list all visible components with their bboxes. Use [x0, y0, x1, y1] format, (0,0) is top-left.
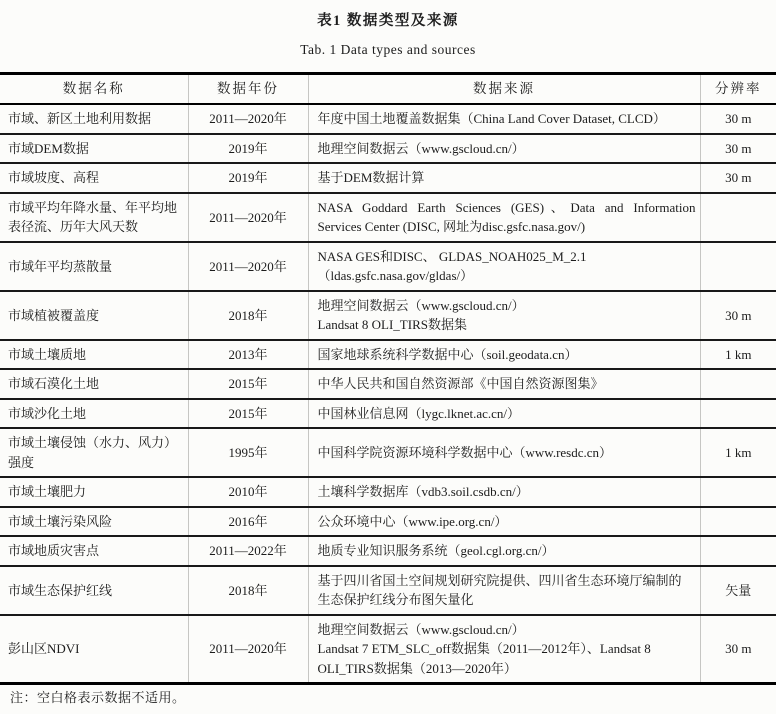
cell-data-source: 中国林业信息网（lygc.lknet.ac.cn/） — [308, 399, 700, 429]
source-line: （ldas.gsfc.nasa.gov/gldas/） — [318, 266, 696, 286]
cell-data-year: 2016年 — [188, 507, 308, 537]
table-row: 市域土壤侵蚀（水力、风力）强度1995年中国科学院资源环境科学数据中心（www.… — [0, 428, 776, 477]
table-row: 市域生态保护红线2018年基于四川省国土空间规划研究院提供、四川省生态环境厅编制… — [0, 566, 776, 615]
cell-data-source: 地理空间数据云（www.gscloud.cn/） — [308, 134, 700, 164]
cell-data-resolution — [700, 242, 776, 291]
table-row: 市域土壤肥力2010年土壤科学数据库（vdb3.soil.csdb.cn/） — [0, 477, 776, 507]
cell-data-name: 市域、新区土地利用数据 — [0, 104, 188, 134]
cell-data-resolution: 矢量 — [700, 566, 776, 615]
paper-page: 表1 数据类型及来源 Tab. 1 Data types and sources… — [0, 0, 776, 707]
table-row: 市域坡度、高程2019年基于DEM数据计算30 m — [0, 163, 776, 193]
table-row: 市域地质灾害点2011—2022年地质专业知识服务系统（geol.cgl.org… — [0, 536, 776, 566]
table-header-row: 数据名称数据年份数据来源分辨率 — [0, 73, 776, 104]
cell-data-year: 2011—2020年 — [188, 104, 308, 134]
source-line: 生态保护红线分布图矢量化 — [318, 590, 696, 610]
source-line: 公众环境中心（www.ipe.org.cn/） — [318, 512, 696, 532]
source-line: NASA GES和DISC、 GLDAS_NOAH025_M_2.1 — [318, 247, 696, 267]
cell-data-name: 市域年平均蒸散量 — [0, 242, 188, 291]
table-row: 市域土壤污染风险2016年公众环境中心（www.ipe.org.cn/） — [0, 507, 776, 537]
table-row: 彭山区NDVI2011—2020年地理空间数据云（www.gscloud.cn/… — [0, 615, 776, 684]
source-line: 国家地球系统科学数据中心（soil.geodata.cn） — [318, 345, 696, 365]
cell-data-resolution — [700, 536, 776, 566]
cell-data-year: 2018年 — [188, 566, 308, 615]
column-header-source: 数据来源 — [308, 73, 700, 104]
cell-data-name: 市域地质灾害点 — [0, 536, 188, 566]
cell-data-source: 基于DEM数据计算 — [308, 163, 700, 193]
cell-data-resolution: 30 m — [700, 163, 776, 193]
cell-data-year: 2010年 — [188, 477, 308, 507]
cell-data-name: 市域土壤肥力 — [0, 477, 188, 507]
source-line: 基于DEM数据计算 — [318, 168, 696, 188]
source-line: OLI_TIRS数据集（2013—2020年） — [318, 659, 696, 679]
cell-data-resolution — [700, 477, 776, 507]
source-line: 地理空间数据云（www.gscloud.cn/） — [318, 620, 696, 640]
cell-data-source: 公众环境中心（www.ipe.org.cn/） — [308, 507, 700, 537]
cell-data-resolution — [700, 193, 776, 242]
cell-data-name: 市域DEM数据 — [0, 134, 188, 164]
table-header: 数据名称数据年份数据来源分辨率 — [0, 73, 776, 104]
cell-data-year: 2015年 — [188, 399, 308, 429]
source-line: Services Center (DISC, 网址为disc.gsfc.nasa… — [318, 217, 696, 237]
cell-data-source: 地质专业知识服务系统（geol.cgl.org.cn/） — [308, 536, 700, 566]
cell-data-source: 中华人民共和国自然资源部《中国自然资源图集》 — [308, 369, 700, 399]
column-header-year: 数据年份 — [188, 73, 308, 104]
cell-data-resolution — [700, 369, 776, 399]
cell-data-source: 地理空间数据云（www.gscloud.cn/）Landsat 8 OLI_TI… — [308, 291, 700, 340]
cell-data-name: 市域平均年降水量、年平均地表径流、历年大风天数 — [0, 193, 188, 242]
source-line: 年度中国土地覆盖数据集（China Land Cover Dataset, CL… — [318, 109, 696, 129]
cell-data-name: 市域坡度、高程 — [0, 163, 188, 193]
table-row: 市域植被覆盖度2018年地理空间数据云（www.gscloud.cn/）Land… — [0, 291, 776, 340]
cell-data-name: 市域植被覆盖度 — [0, 291, 188, 340]
cell-data-source: 年度中国土地覆盖数据集（China Land Cover Dataset, CL… — [308, 104, 700, 134]
source-line: 地理空间数据云（www.gscloud.cn/） — [318, 139, 696, 159]
table-row: 市域平均年降水量、年平均地表径流、历年大风天数2011—2020年NASA Go… — [0, 193, 776, 242]
cell-data-year: 2011—2020年 — [188, 242, 308, 291]
table-title-zh: 表1 数据类型及来源 — [0, 0, 776, 30]
table-row: 市域土壤质地2013年国家地球系统科学数据中心（soil.geodata.cn）… — [0, 340, 776, 370]
cell-data-source: NASA GES和DISC、 GLDAS_NOAH025_M_2.1（ldas.… — [308, 242, 700, 291]
cell-data-resolution — [700, 507, 776, 537]
source-line: 中国科学院资源环境科学数据中心（www.resdc.cn） — [318, 443, 696, 463]
cell-data-name: 市域生态保护红线 — [0, 566, 188, 615]
cell-data-source: 地理空间数据云（www.gscloud.cn/）Landsat 7 ETM_SL… — [308, 615, 700, 684]
cell-data-name: 市域土壤质地 — [0, 340, 188, 370]
cell-data-name: 市域石漠化土地 — [0, 369, 188, 399]
cell-data-year: 2013年 — [188, 340, 308, 370]
cell-data-name: 市域土壤侵蚀（水力、风力）强度 — [0, 428, 188, 477]
table-footnote: 注：空白格表示数据不适用。 — [0, 685, 776, 707]
cell-data-resolution: 30 m — [700, 291, 776, 340]
source-line: 地质专业知识服务系统（geol.cgl.org.cn/） — [318, 541, 696, 561]
column-header-name: 数据名称 — [0, 73, 188, 104]
cell-data-name: 彭山区NDVI — [0, 615, 188, 684]
table-row: 市域沙化土地2015年中国林业信息网（lygc.lknet.ac.cn/） — [0, 399, 776, 429]
cell-data-resolution: 30 m — [700, 134, 776, 164]
cell-data-resolution: 30 m — [700, 104, 776, 134]
cell-data-source: 土壤科学数据库（vdb3.soil.csdb.cn/） — [308, 477, 700, 507]
cell-data-year: 2019年 — [188, 163, 308, 193]
cell-data-year: 2018年 — [188, 291, 308, 340]
cell-data-source: 中国科学院资源环境科学数据中心（www.resdc.cn） — [308, 428, 700, 477]
cell-data-source: 基于四川省国土空间规划研究院提供、四川省生态环境厅编制的生态保护红线分布图矢量化 — [308, 566, 700, 615]
source-line: 中华人民共和国自然资源部《中国自然资源图集》 — [318, 374, 696, 394]
cell-data-resolution — [700, 399, 776, 429]
source-line: Landsat 8 OLI_TIRS数据集 — [318, 315, 696, 335]
cell-data-year: 2019年 — [188, 134, 308, 164]
table-row: 市域DEM数据2019年地理空间数据云（www.gscloud.cn/）30 m — [0, 134, 776, 164]
cell-data-year: 2011—2022年 — [188, 536, 308, 566]
table-row: 市域石漠化土地2015年中华人民共和国自然资源部《中国自然资源图集》 — [0, 369, 776, 399]
table-row: 市域年平均蒸散量2011—2020年NASA GES和DISC、 GLDAS_N… — [0, 242, 776, 291]
source-line: NASA Goddard Earth Sciences (GES)、Data a… — [318, 198, 696, 218]
cell-data-source: NASA Goddard Earth Sciences (GES)、Data a… — [308, 193, 700, 242]
source-line: 土壤科学数据库（vdb3.soil.csdb.cn/） — [318, 482, 696, 502]
cell-data-resolution: 30 m — [700, 615, 776, 684]
table-body: 市域、新区土地利用数据2011—2020年年度中国土地覆盖数据集（China L… — [0, 104, 776, 684]
cell-data-resolution: 1 km — [700, 428, 776, 477]
table-title-en: Tab. 1 Data types and sources — [0, 42, 776, 58]
column-header-res: 分辨率 — [700, 73, 776, 104]
cell-data-resolution: 1 km — [700, 340, 776, 370]
cell-data-name: 市域土壤污染风险 — [0, 507, 188, 537]
cell-data-year: 1995年 — [188, 428, 308, 477]
cell-data-name: 市域沙化土地 — [0, 399, 188, 429]
data-sources-table: 数据名称数据年份数据来源分辨率 市域、新区土地利用数据2011—2020年年度中… — [0, 72, 776, 686]
cell-data-year: 2011—2020年 — [188, 615, 308, 684]
cell-data-year: 2015年 — [188, 369, 308, 399]
table-row: 市域、新区土地利用数据2011—2020年年度中国土地覆盖数据集（China L… — [0, 104, 776, 134]
source-line: Landsat 7 ETM_SLC_off数据集（2011—2012年）、Lan… — [318, 639, 696, 659]
cell-data-year: 2011—2020年 — [188, 193, 308, 242]
cell-data-source: 国家地球系统科学数据中心（soil.geodata.cn） — [308, 340, 700, 370]
source-line: 地理空间数据云（www.gscloud.cn/） — [318, 296, 696, 316]
source-line: 中国林业信息网（lygc.lknet.ac.cn/） — [318, 404, 696, 424]
source-line: 基于四川省国土空间规划研究院提供、四川省生态环境厅编制的 — [318, 571, 696, 591]
